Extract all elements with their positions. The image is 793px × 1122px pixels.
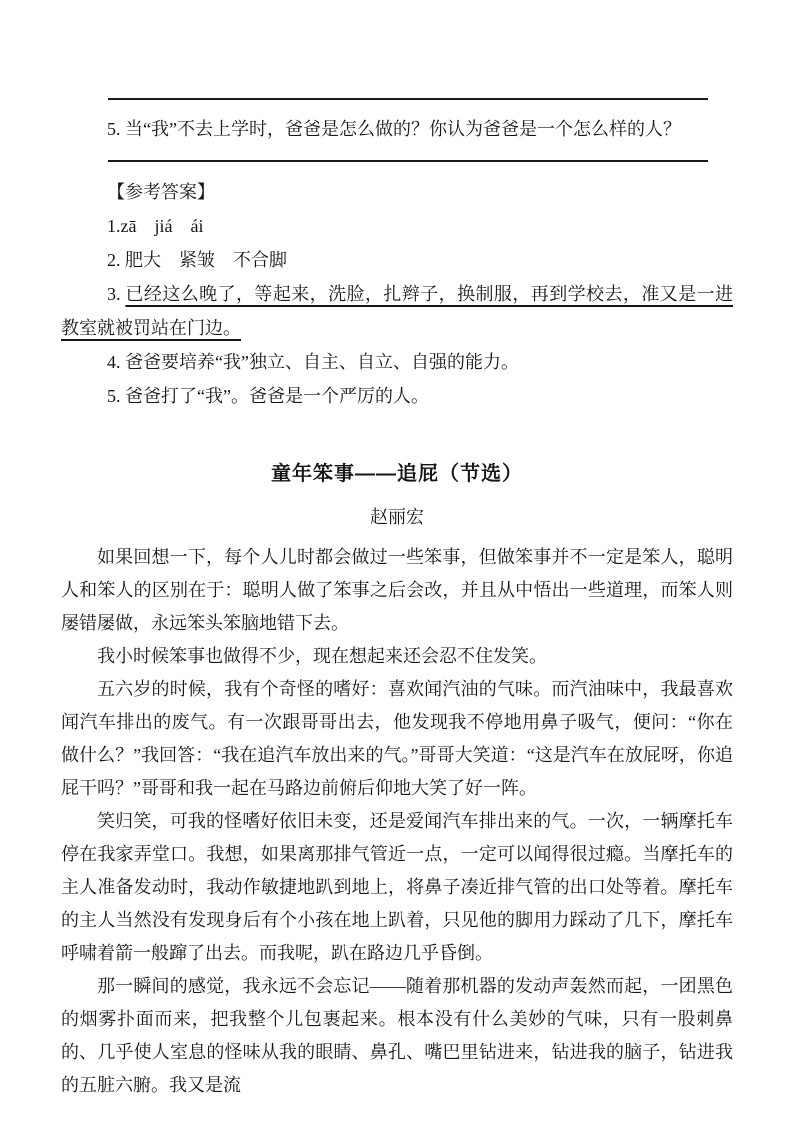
- reference-answers-header: 【参考答案】: [61, 175, 733, 209]
- article-title: 童年笨事——追屁（节选）: [61, 459, 733, 489]
- article-body: 如果回想一下，每个人儿时都会做过一些笨事，但做笨事并不一定是笨人，聪明人和笨人的…: [61, 541, 733, 1102]
- answer-item-1: 1.zā jiá ái: [61, 209, 733, 243]
- article-paragraph-4: 笑归笑，可我的怪嗜好依旧未变，还是爱闻汽车排出来的气。一次，一辆摩托车停在我家弄…: [61, 805, 733, 970]
- article-paragraph-5: 那一瞬间的感觉，我永远不会忘记——随着那机器的发动声轰然而起，一团黑色的烟雾扑面…: [61, 970, 733, 1102]
- article-paragraph-1: 如果回想一下，每个人儿时都会做过一些笨事，但做笨事并不一定是笨人，聪明人和笨人的…: [61, 541, 733, 640]
- answer-blank-line-question5: [108, 160, 708, 162]
- answer-item-3-number: 3.: [107, 284, 125, 304]
- answer-item-3: 3. 已经这么晚了，等起来，洗脸，扎辫子，换制服，再到学校去，准又是一进教室就被…: [61, 277, 733, 345]
- answer-item-3-underlined-text: 已经这么晚了，等起来，洗脸，扎辫子，换制服，再到学校去，准又是一进教室就被罚站在…: [61, 284, 733, 338]
- document-page: 5. 当“我”不去上学时，爸爸是怎么做的？你认为爸爸是一个怎么样的人？ 【参考答…: [0, 0, 793, 1122]
- answer-blank-line-top: [108, 98, 708, 100]
- answer-item-4: 4. 爸爸要培养“我”独立、自主、自立、自强的能力。: [61, 345, 733, 379]
- article-paragraph-3: 五六岁的时候，我有个奇怪的嗜好：喜欢闻汽油的气味。而汽油味中，我最喜欢闻汽车排出…: [61, 673, 733, 805]
- article-author: 赵丽宏: [61, 505, 733, 529]
- answer-item-5: 5. 爸爸打了“我”。爸爸是一个严厉的人。: [61, 379, 733, 413]
- question-5: 5. 当“我”不去上学时，爸爸是怎么做的？你认为爸爸是一个怎么样的人？: [61, 111, 733, 147]
- article-paragraph-2: 我小时候笨事也做得不少，现在想起来还会忍不住发笑。: [61, 640, 733, 673]
- answer-item-2: 2. 肥大 紧皱 不合脚: [61, 243, 733, 277]
